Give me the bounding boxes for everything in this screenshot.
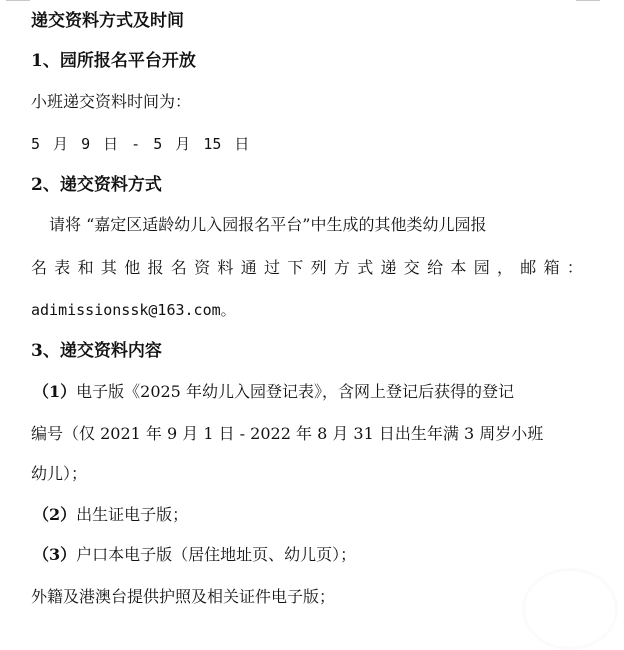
email-address: adimissionssk@163.com。	[31, 300, 591, 320]
item-text: 户口本电子版（居住地址页、幼儿页）；	[76, 545, 356, 564]
item-number: （1）	[33, 382, 76, 401]
document-title: 递交资料方式及时间	[31, 11, 591, 31]
foreign-note: 外籍及港澳台提供护照及相关证件电子版；	[31, 587, 591, 607]
item-1: （1）电子版《2025 年幼儿入园登记表》，含网上登记后获得的登记	[33, 382, 593, 402]
section-1-heading: 1、园所报名平台开放	[31, 51, 591, 71]
item-number: （2）	[33, 505, 76, 524]
page-corner-mark	[6, 0, 30, 1]
item-2: （2）出生证电子版；	[33, 505, 593, 525]
item-text: 电子版《2025 年幼儿入园登记表》，含网上登记后获得的登记	[76, 382, 514, 401]
date-range: 5 月 9 日 - 5 月 15 日	[31, 134, 591, 154]
item-1-continued: 编号（仅 2021 年 9 月 1 日 - 2022 年 8 月 31 日出生年…	[31, 424, 591, 444]
item-number: （3）	[33, 545, 76, 564]
item-text: 出生证电子版；	[76, 505, 188, 524]
section-1-text: 小班递交资料时间为：	[31, 92, 591, 112]
item-3: （3）户口本电子版（居住地址页、幼儿页）；	[33, 545, 593, 565]
section-3-heading: 3、递交资料内容	[31, 341, 591, 361]
watermark-seal	[522, 568, 618, 650]
section-2-heading: 2、递交资料方式	[31, 175, 591, 195]
section-2-paragraph-line-1: 请将 “嘉定区适龄幼儿入园报名平台”中生成的其他类幼儿园报	[31, 215, 599, 235]
item-1-continued: 幼儿）；	[31, 464, 591, 484]
section-2-paragraph-line-2: 名表和其他报名资料通过下列方式递交给本园，邮箱：	[31, 258, 591, 278]
page-corner-mark	[576, 0, 600, 1]
